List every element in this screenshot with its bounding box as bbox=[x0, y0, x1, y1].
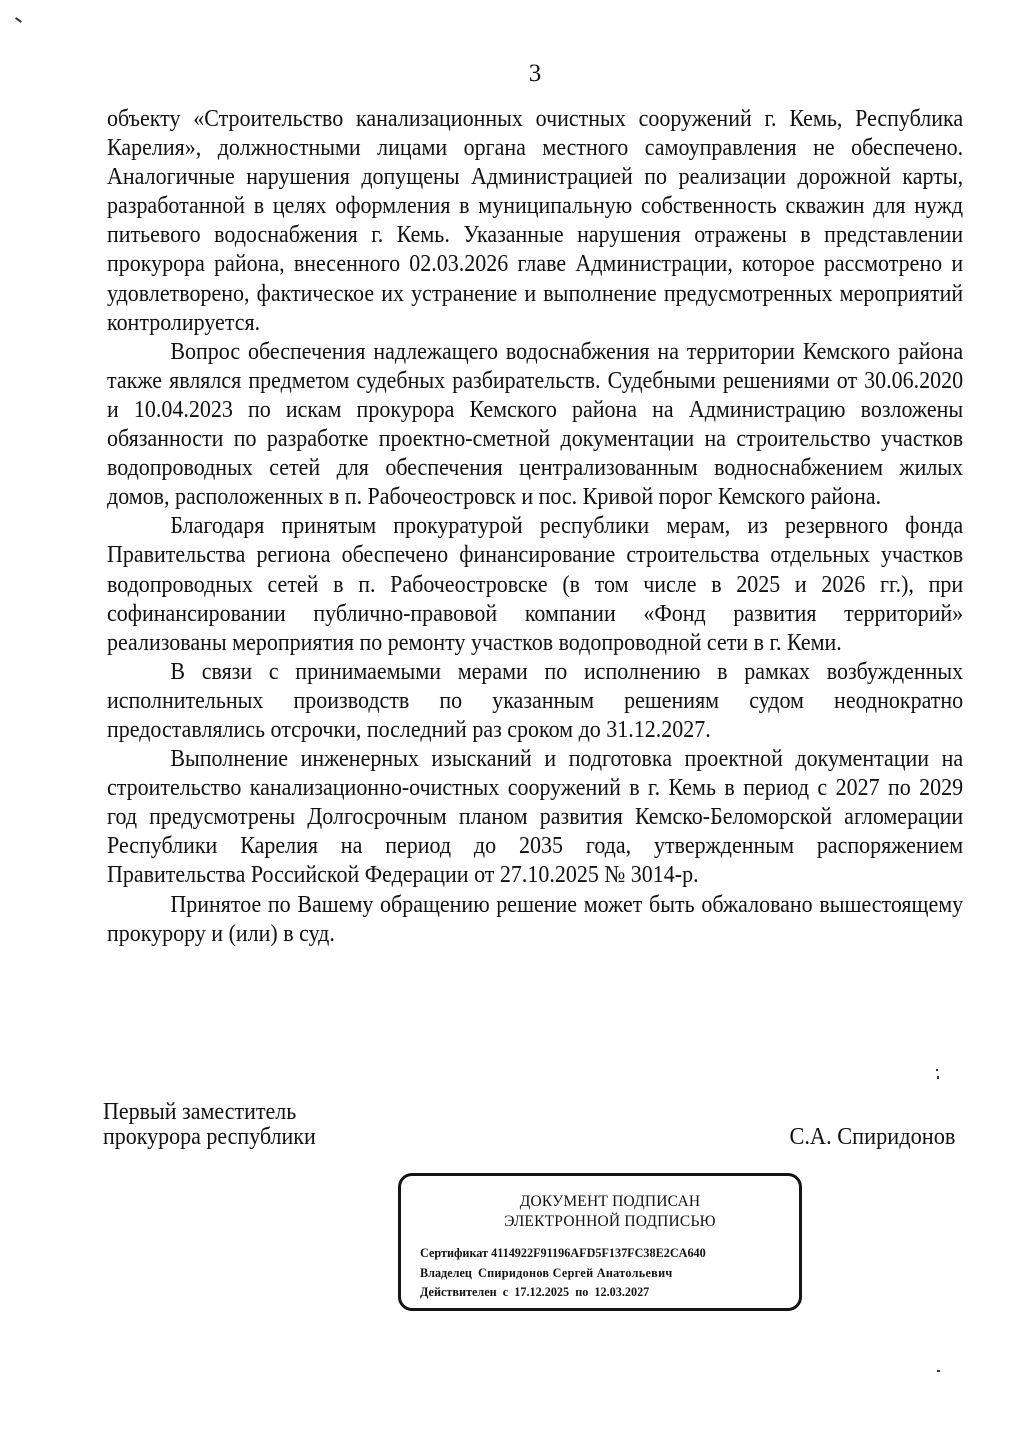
valid-label: Действителен bbox=[420, 1285, 497, 1299]
owner-label: Владелец bbox=[420, 1266, 472, 1280]
paragraph: объекту «Строительство канализационных о… bbox=[107, 104, 963, 337]
valid-to-date: 12.03.2027 bbox=[594, 1285, 649, 1299]
page-number: 3 bbox=[0, 60, 1022, 88]
paragraph: Принятое по Вашему обращению решение мож… bbox=[107, 890, 963, 948]
stamp-details: Сертификат 4114922F91196AFD5F137FC38E2CA… bbox=[420, 1244, 706, 1303]
owner-row: Владелец Спиридонов Сергей Анатольевич bbox=[420, 1264, 706, 1284]
scan-artifact bbox=[15, 17, 22, 23]
valid-from-date: 17.12.2025 bbox=[514, 1285, 569, 1299]
certificate-label: Сертификат bbox=[420, 1246, 488, 1260]
certificate-row: Сертификат 4114922F91196AFD5F137FC38E2CA… bbox=[420, 1244, 706, 1264]
signatory-name: С.А. Спиридонов bbox=[789, 1124, 955, 1149]
valid-to-label: по bbox=[575, 1285, 588, 1299]
signatory-position: Первый заместитель прокурора республики bbox=[103, 1099, 465, 1149]
paragraph: Выполнение инженерных изысканий и подгот… bbox=[107, 744, 963, 889]
scan-artifact bbox=[936, 1069, 938, 1071]
signatory-position-line: прокурора республики bbox=[103, 1124, 465, 1149]
valid-from-label: с bbox=[503, 1285, 508, 1299]
scan-artifact bbox=[937, 1370, 940, 1372]
validity-row: Действителен с 17.12.2025 по 12.03.2027 bbox=[420, 1283, 706, 1303]
paragraph: В связи с принимаемыми мерами по исполне… bbox=[107, 657, 963, 744]
owner-value: Спиридонов Сергей Анатольевич bbox=[478, 1266, 673, 1280]
stamp-heading-line: ДОКУМЕНТ ПОДПИСАН bbox=[421, 1192, 799, 1212]
paragraph: Благодаря принятым прокуратурой республи… bbox=[107, 511, 963, 656]
signature-block: Первый заместитель прокурора республики … bbox=[103, 1099, 963, 1149]
electronic-signature-stamp: ДОКУМЕНТ ПОДПИСАН ЭЛЕКТРОННОЙ ПОДПИСЬЮ С… bbox=[398, 1173, 802, 1311]
certificate-value: 4114922F91196AFD5F137FC38E2CA640 bbox=[491, 1246, 706, 1260]
stamp-heading: ДОКУМЕНТ ПОДПИСАН ЭЛЕКТРОННОЙ ПОДПИСЬЮ bbox=[401, 1192, 799, 1232]
paragraph: Вопрос обеспечения надлежащего водоснабж… bbox=[107, 337, 963, 512]
document-page: 3 объекту «Строительство канализационных… bbox=[0, 0, 1022, 1449]
scan-artifact bbox=[937, 1076, 939, 1079]
letter-body: объекту «Строительство канализационных о… bbox=[107, 104, 963, 948]
stamp-heading-line: ЭЛЕКТРОННОЙ ПОДПИСЬЮ bbox=[421, 1212, 799, 1232]
signatory-position-line: Первый заместитель bbox=[103, 1099, 465, 1124]
